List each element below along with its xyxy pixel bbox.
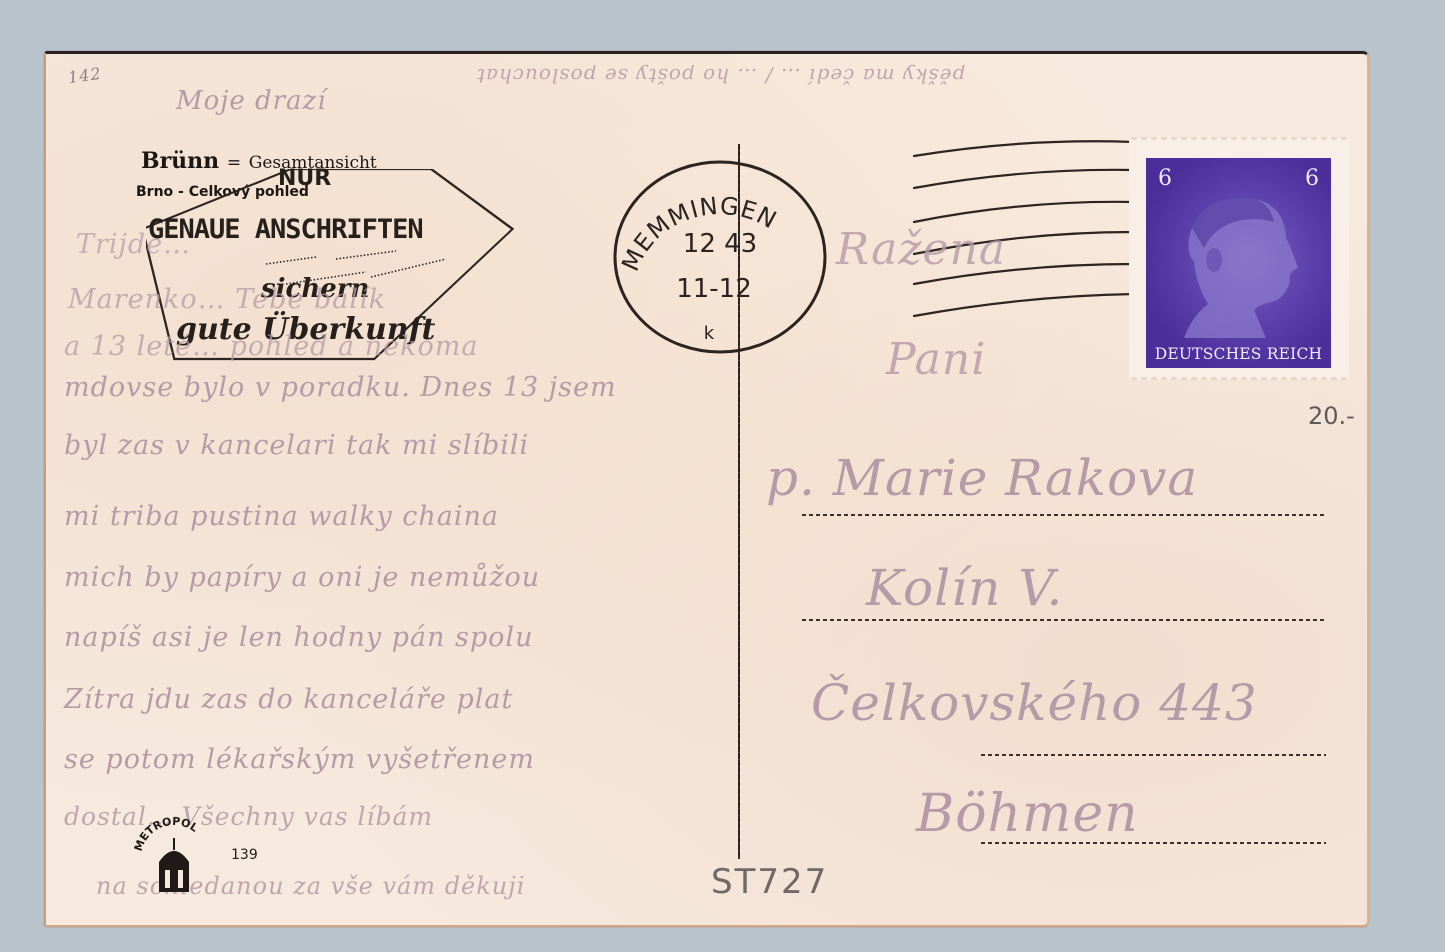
stock-code: ST727 (711, 862, 828, 902)
message-line: se potom lékařským vyšetřenem (64, 744, 535, 775)
message-line: Moje drazí (176, 86, 327, 116)
message-line: mdovse bylo v poradku. Dnes 13 jsem (64, 372, 617, 403)
message-line: dostal… Všechny vas líbám (64, 802, 433, 831)
publisher-logo-icon: METROPOL (129, 810, 219, 900)
corner-note: 142 (67, 64, 103, 87)
pencil-price: 20.- (1308, 402, 1355, 430)
svg-text:METROPOL: METROPOL (132, 815, 201, 853)
address-line-4 (981, 842, 1326, 844)
address-salutation: Pani (886, 334, 986, 385)
postmark-code: k (704, 323, 715, 344)
message-line: mi triba pustina walky chaina (64, 501, 499, 532)
message-line: Zítra jdu zas do kanceláře plat (64, 684, 513, 715)
address-region: Böhmen (916, 784, 1139, 844)
postmark-date: 12 43 (683, 229, 757, 259)
postmark-time: 11-12 (676, 274, 752, 304)
message-line: a 13 leté… pohled a nekoma (64, 331, 478, 362)
address-greeting: Ražena (836, 224, 1006, 275)
address-name: p. Marie Rakova (766, 449, 1198, 507)
address-city: Kolín V. (866, 559, 1063, 617)
message-line: mich by papíry a oni je nemůžou (64, 562, 540, 593)
message-line: napíš asi je len hodny pán spolu (64, 622, 533, 653)
address-street: Čelkovského 443 (811, 674, 1258, 732)
postcard-back: 142 pěšky ma čedí … / … ho pošty se posl… (44, 51, 1369, 927)
address-line-3 (981, 754, 1326, 756)
message-line: byl zas v kancelari tak mi slíbili (64, 430, 529, 461)
portrait-profile-icon (1174, 188, 1314, 338)
address-line-1 (802, 514, 1327, 516)
message-line: Marenko… Tebe balík (68, 284, 386, 315)
postmark-circle: MEMMINGEN 12 43 11-12 k (611, 157, 829, 357)
stamp-value-left: 6 (1158, 166, 1172, 191)
postage-stamp: 6 6 DEUTSCHES REICH (1129, 137, 1349, 380)
inverted-top-text: pěšky ma čedí … / … ho pošty se poslouch… (476, 64, 965, 88)
cachet-nur: NUR (278, 166, 331, 191)
message-line: Trijde… (76, 229, 191, 260)
card-number: 139 (231, 847, 258, 863)
address-line-2 (802, 619, 1327, 621)
stamp-face: 6 6 DEUTSCHES REICH (1146, 158, 1331, 368)
publisher-name: METROPOL (132, 815, 201, 853)
stamp-country: DEUTSCHES REICH (1146, 345, 1331, 363)
